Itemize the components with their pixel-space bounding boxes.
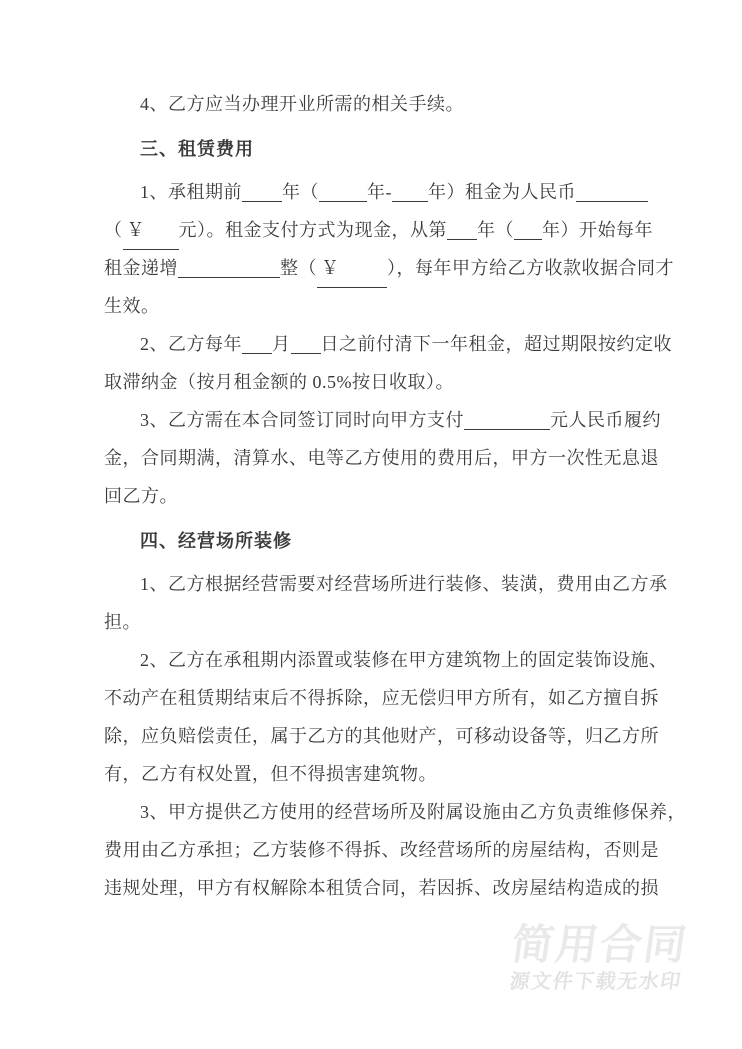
document-line: （￥元）。租金支付方式为现金，从第年（年）开始每年 (104, 211, 644, 249)
blank-field (178, 262, 280, 278)
text-run: 2、乙方在承租期内添置或装修在甲方建筑物上的固定装饰设施、 (140, 650, 668, 670)
blank-field: ￥ (123, 211, 179, 250)
text-run: 担。 (104, 612, 141, 632)
text-run: 年（ (477, 220, 514, 240)
document-line: 违规处理，甲方有权解除本租赁合同，若因拆、改房屋结构造成的损 (104, 869, 644, 907)
document-line: 租金递增整（￥），每年甲方给乙方收款收据合同才 (104, 249, 644, 287)
watermark-title: 简用合同 (508, 912, 692, 972)
text-run: 金，合同期满，清算水、电等乙方使用的费用后，甲方一次性无息退 (104, 448, 659, 468)
blank-field (576, 186, 648, 202)
text-run: 1、承租期前 (140, 182, 242, 202)
document-line: 4、乙方应当办理开业所需的相关手续。 (104, 85, 644, 123)
text-run: 年- (367, 182, 392, 202)
section-heading: 三、租赁费用 (104, 130, 644, 168)
text-run: 三、租赁费用 (140, 139, 254, 159)
text-run: 不动产在租赁期结束后不得拆除，应无偿归甲方所有，如乙方擅自拆 (104, 688, 659, 708)
contract-page: 4、乙方应当办理开业所需的相关手续。三、租赁费用1、承租期前年（年-年）租金为人… (0, 0, 742, 1049)
text-run: 整（ (280, 258, 317, 278)
blank-field (447, 224, 477, 240)
document-line: 生效。 (104, 287, 644, 325)
blank-field (242, 186, 282, 202)
text-run: 有，乙方有权处置，但不得损害建筑物。 (104, 764, 437, 784)
document-line: 金，合同期满，清算水、电等乙方使用的费用后，甲方一次性无息退 (104, 439, 644, 477)
blank-field (464, 414, 550, 430)
text-run: 年）开始每年 (542, 220, 653, 240)
document-line: 1、乙方根据经营需要对经营场所进行装修、装潢，费用由乙方承 (104, 565, 644, 603)
text-run: 四、经营场所装修 (140, 531, 292, 551)
text-run: 1、乙方根据经营需要对经营场所进行装修、装潢，费用由乙方承 (140, 574, 668, 594)
document-line: 取滞纳金（按月租金额的 0.5%按日收取）。 (104, 363, 644, 401)
document-line: 担。 (104, 603, 644, 641)
document-line: 1、承租期前年（年-年）租金为人民币 (104, 173, 644, 211)
text-run: 年）租金为人民币 (428, 182, 576, 202)
blank-field (319, 186, 367, 202)
text-run: 元）。租金支付方式为现金，从第 (179, 220, 448, 240)
document-line: 回乙方。 (104, 477, 644, 515)
text-run: 回乙方。 (104, 486, 178, 506)
text-run: 月 (272, 334, 291, 354)
document-line: 3、甲方提供乙方使用的经营场所及附属设施由乙方负责维修保养， (104, 793, 644, 831)
document-line: 2、乙方在承租期内添置或装修在甲方建筑物上的固定装饰设施、 (104, 641, 644, 679)
document-line: 费用由乙方承担；乙方装修不得拆、改经营场所的房屋结构，否则是 (104, 831, 644, 869)
document-line: 有，乙方有权处置，但不得损害建筑物。 (104, 755, 644, 793)
text-run: 日之前付清下一年租金，超过期限按约定收 (321, 334, 673, 354)
text-run: ），每年甲方给乙方收款收据合同才 (387, 258, 674, 278)
blank-field (392, 186, 428, 202)
document-line: 不动产在租赁期结束后不得拆除，应无偿归甲方所有，如乙方擅自拆 (104, 679, 644, 717)
document-line: 2、乙方每年月日之前付清下一年租金，超过期限按约定收 (104, 325, 644, 363)
text-run: 元人民币履约 (550, 410, 661, 430)
text-run: 2、乙方每年 (140, 334, 242, 354)
text-run: 取滞纳金（按月租金额的 0.5%按日收取）。 (104, 372, 454, 392)
document-body: 4、乙方应当办理开业所需的相关手续。三、租赁费用1、承租期前年（年-年）租金为人… (104, 85, 644, 907)
watermark-subtitle: 源文件下载无水印 (508, 965, 684, 994)
text-run: 年（ (282, 182, 319, 202)
document-line: 除，应负赔偿责任，属于乙方的其他财产，可移动设备等，归乙方所 (104, 717, 644, 755)
text-run: （ (104, 220, 123, 240)
blank-field (242, 338, 272, 354)
blank-field (514, 224, 542, 240)
text-run: 违规处理，甲方有权解除本租赁合同，若因拆、改房屋结构造成的损 (104, 878, 659, 898)
text-run: 3、乙方需在本合同签订同时向甲方支付 (140, 410, 464, 430)
text-run: 4、乙方应当办理开业所需的相关手续。 (140, 94, 464, 114)
blank-field (291, 338, 321, 354)
text-run: 除，应负赔偿责任，属于乙方的其他财产，可移动设备等，归乙方所 (104, 726, 659, 746)
text-run: 生效。 (104, 296, 160, 316)
text-run: 费用由乙方承担；乙方装修不得拆、改经营场所的房屋结构，否则是 (104, 840, 659, 860)
text-run: 3、甲方提供乙方使用的经营场所及附属设施由乙方负责维修保养， (140, 802, 686, 822)
section-heading: 四、经营场所装修 (104, 522, 644, 560)
blank-field: ￥ (317, 249, 387, 288)
text-run: 租金递增 (104, 258, 178, 278)
document-line: 3、乙方需在本合同签订同时向甲方支付元人民币履约 (104, 401, 644, 439)
